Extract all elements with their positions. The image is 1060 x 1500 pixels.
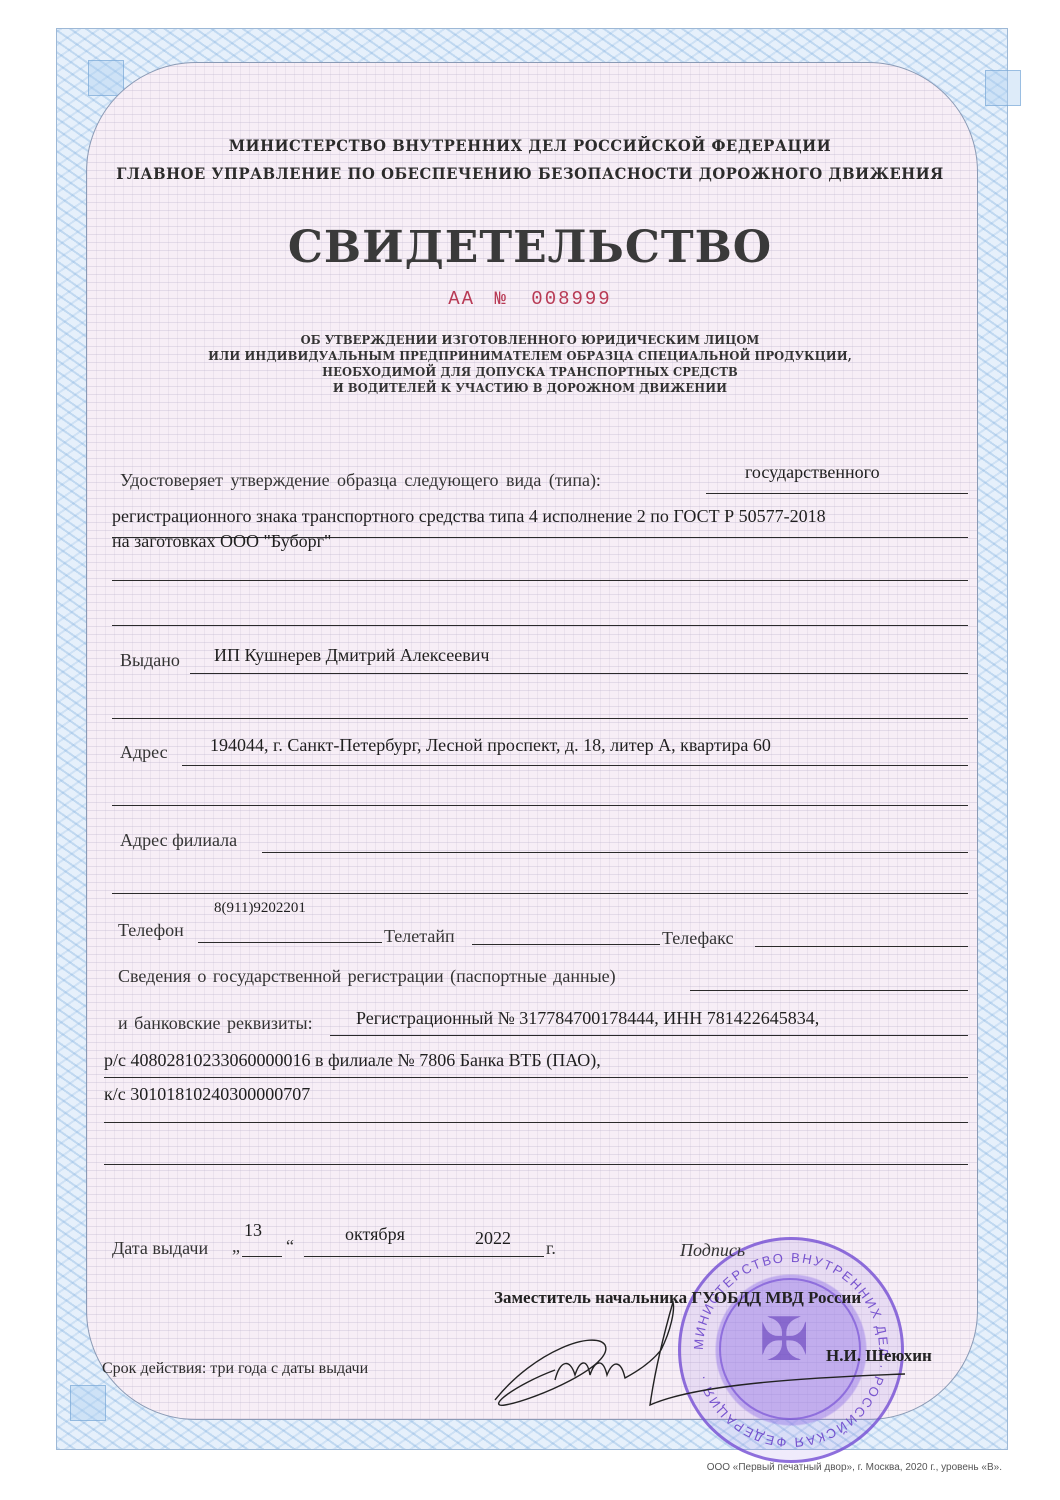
bank-value: р/с 40802810233060000016 в филиале № 780… [104,1050,601,1071]
serial-digits: 008999 [531,288,611,310]
corner-ornament [88,60,124,96]
open-quote: „ [232,1236,240,1257]
year-suffix: г. [546,1238,556,1259]
issue-month: октября [345,1224,405,1245]
issue-date-label: Дата выдачи [112,1238,208,1259]
close-quote: “ [286,1236,294,1257]
serial-number: АА № 008999 [0,288,1060,310]
serial-series: АА [448,288,475,310]
bank-value: к/с 30101810240300000707 [104,1084,310,1105]
address-value: 194044, г. Санкт-Петербург, Лесной просп… [210,735,771,756]
subject-line: ОБ УТВЕРЖДЕНИИ ИЗГОТОВЛЕННОГО ЮРИДИЧЕСКИ… [42,332,1017,347]
issue-day: 13 [244,1220,262,1241]
certifies-value: регистрационного знака транспортного сре… [112,506,826,527]
ministry-heading: МИНИСТЕРСТВО ВНУТРЕННИХ ДЕЛ РОССИЙСКОЙ Ф… [27,136,1034,155]
phone-value: 8(911)9202201 [214,900,306,917]
certifies-value: государственного [745,462,880,483]
subject-line: ИЛИ ИНДИВИДУАЛЬНЫМ ПРЕДПРИНИМАТЕЛЕМ ОБРА… [42,348,1017,363]
registration-label: Сведения о государственной регистрации (… [118,966,616,987]
corner-ornament [985,70,1021,106]
printer-note: ООО «Первый печатный двор», г. Москва, 2… [707,1462,1002,1473]
issued-to-value: ИП Кушнерев Дмитрий Алексеевич [214,645,489,666]
bank-label: и банковские реквизиты: [118,1013,313,1034]
corner-ornament [70,1385,106,1421]
certifies-label: Удостоверяет утверждение образца следующ… [120,470,601,491]
certifies-value: на заготовках ООО "Буборг" [112,531,331,552]
teletype-label: Телетайп [384,926,455,947]
issued-to-label: Выдано [120,650,180,671]
fax-label: Телефакс [662,928,733,949]
subject-line: И ВОДИТЕЛЕЙ К УЧАСТИЮ В ДОРОЖНОМ ДВИЖЕНИ… [42,380,1017,395]
department-heading: ГЛАВНОЕ УПРАВЛЕНИЕ ПО ОБЕСПЕЧЕНИЮ БЕЗОПА… [27,164,1034,183]
branch-address-label: Адрес филиала [120,830,237,851]
signature-caption: Подпись [680,1240,745,1261]
issue-year: 2022 [475,1228,511,1249]
number-sign: № [494,288,507,310]
bank-value: Регистрационный № 317784700178444, ИНН 7… [356,1008,819,1029]
address-label: Адрес [120,742,168,763]
subject-line: НЕОБХОДИМОЙ ДЛЯ ДОПУСКА ТРАНСПОРТНЫХ СРЕ… [42,364,1017,379]
document-title: СВИДЕТЕЛЬСТВО [0,222,1060,273]
validity-note: Срок действия: три года с даты выдачи [102,1360,368,1378]
phone-label: Телефон [118,920,184,941]
handwritten-signature [475,1290,935,1420]
